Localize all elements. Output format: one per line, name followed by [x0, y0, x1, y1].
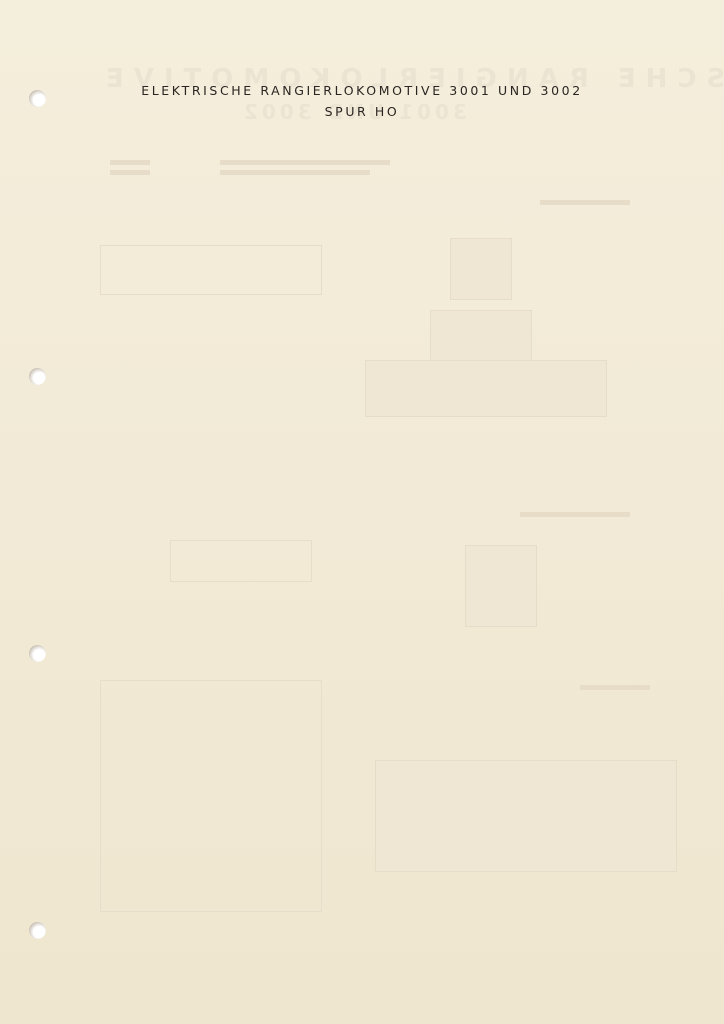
ghost-box	[100, 245, 322, 295]
ghost-mark	[580, 685, 650, 690]
hole-punch	[29, 368, 46, 385]
title-line-1: ELEKTRISCHE RANGIERLOKOMOTIVE 3001 UND 3…	[0, 80, 724, 101]
ghost-mark	[540, 200, 630, 205]
document-title: ELEKTRISCHE RANGIERLOKOMOTIVE 3001 UND 3…	[0, 80, 724, 122]
ghost-locomotive-body	[365, 360, 607, 417]
ghost-mark	[110, 170, 150, 175]
hole-punch	[29, 645, 46, 662]
ghost-mark	[520, 512, 630, 517]
ghost-chassis	[375, 760, 677, 872]
hole-punch	[29, 922, 46, 939]
ghost-cab	[430, 310, 532, 362]
title-line-2: SPUR HO	[0, 101, 724, 122]
ghost-mark	[220, 160, 390, 165]
ghost-box	[100, 680, 322, 912]
ghost-mark	[220, 170, 370, 175]
ghost-pantograph	[450, 238, 512, 300]
ghost-bogie	[465, 545, 537, 627]
paper-page: ELEKTRISCHE RANGIERLOKOMOTIVE 3001 UND 3…	[0, 0, 724, 1024]
hole-punch	[29, 90, 46, 107]
ghost-box	[170, 540, 312, 582]
ghost-mark	[110, 160, 150, 165]
